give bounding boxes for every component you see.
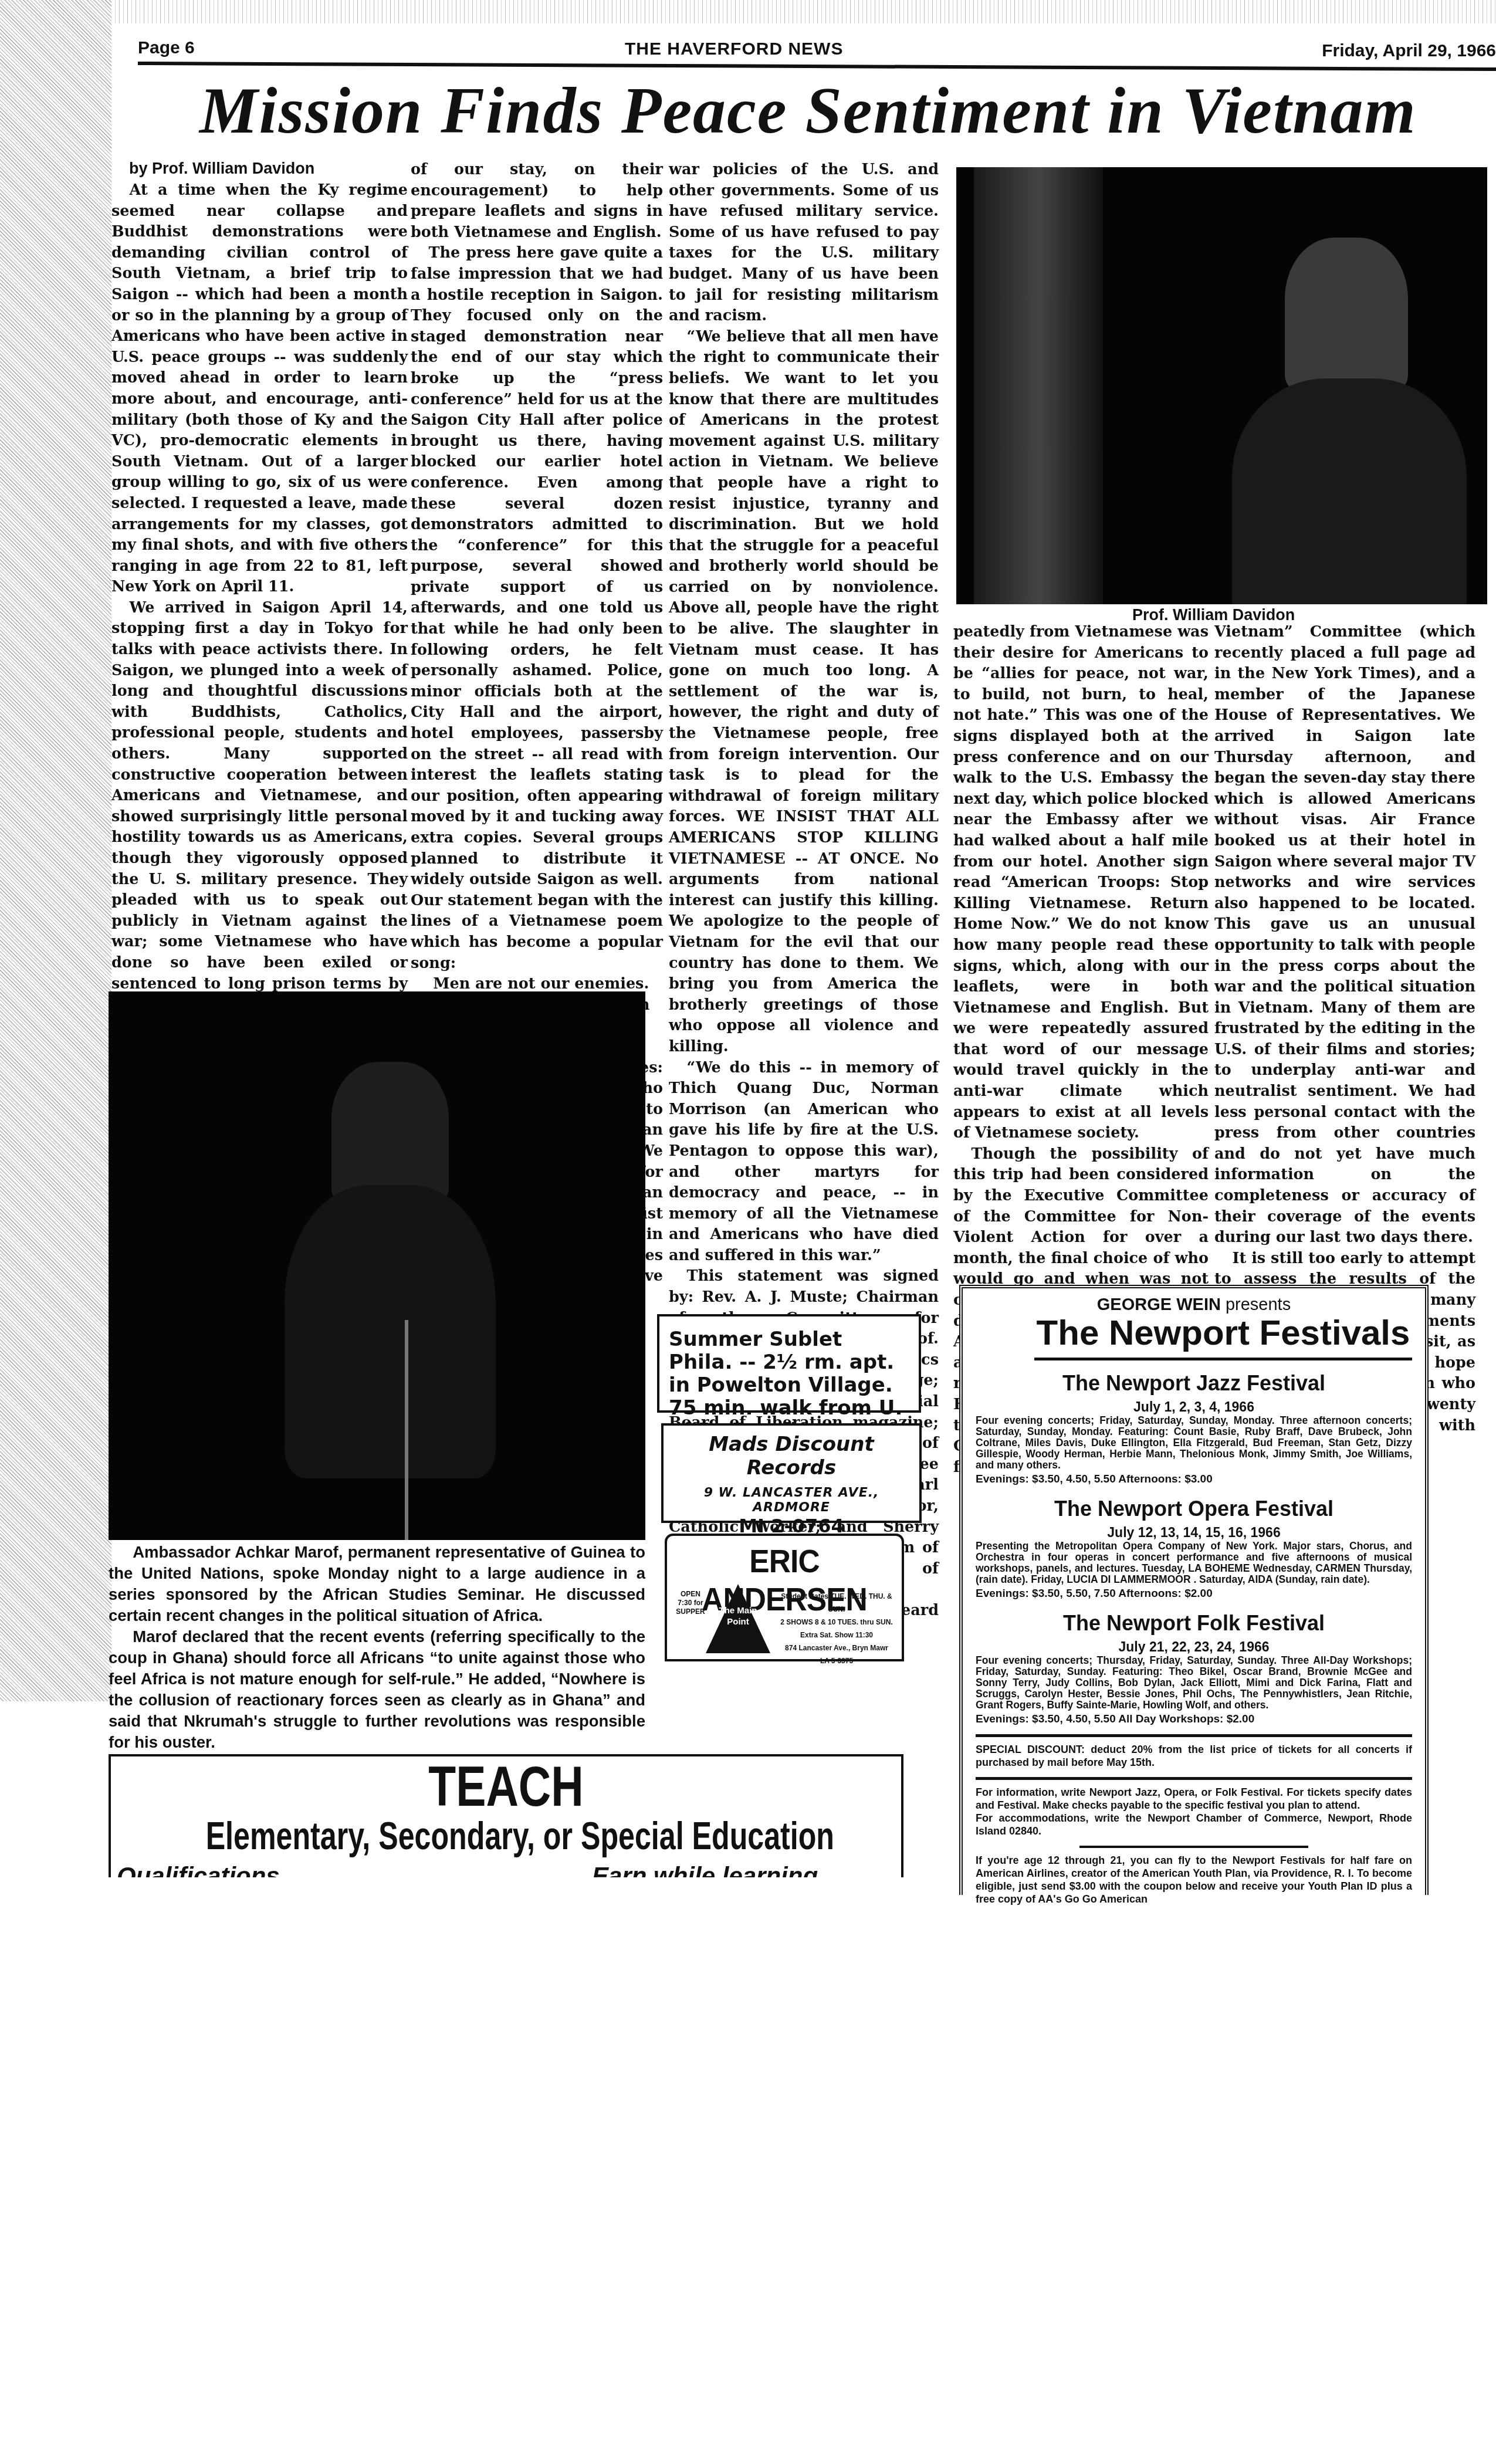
main-point-logo-text: The Main Point [716,1605,760,1627]
byline: by Prof. William Davidon [111,160,408,178]
ad-newport-title: The Newport Festivals [1034,1312,1412,1360]
ad-detail-line: LA 5-3375 [773,1654,901,1667]
article-headline: Mission Finds Peace Sentiment in Vietnam [199,73,1461,161]
ad-detail-line: Student Rates TUE. WED. THU. & SUN. [773,1590,901,1616]
ad-details: Student Rates TUE. WED. THU. & SUN. 2 SH… [773,1590,901,1667]
ad-teach: TEACH Elementary, Secondary, or Special … [109,1754,903,1877]
ad-teach-title: TEACH [190,1759,823,1815]
paragraph: At a time when the Ky regime seemed near… [111,180,408,598]
special-discount: SPECIAL DISCOUNT: deduct 20% from the li… [976,1743,1412,1769]
divider [1079,1846,1308,1848]
scan-noise-top [111,0,1496,23]
festival-prices: Evenings: $3.50, 5.50, 7.50 Afternoons: … [976,1588,1412,1600]
page-number: Page 6 [138,38,195,58]
divider [976,1734,1412,1737]
issue-date: Friday, April 29, 1966 [1322,41,1496,61]
festival-description: Four evening concerts; Friday, Saturday,… [976,1415,1412,1471]
paragraph: “We believe that all men have the right … [669,327,939,1058]
festival-description: Four evening concerts; Thursday, Friday,… [976,1655,1412,1711]
ambassador-photo [109,991,645,1540]
caption-paragraph: Marof declared that the recent events (r… [109,1626,645,1753]
article-column-1: by Prof. William Davidon At a time when … [111,160,408,1099]
paragraph: peatedly from Vietnamese was their desir… [953,622,1209,1144]
ad-address: 9 W. LANCASTER AVE., ARDMORE [664,1485,919,1515]
ad-newport-festivals: GEORGE WEIN presents The Newport Festiva… [959,1285,1429,1895]
ad-teach-subtitle: Elementary, Secondary, or Special Educat… [206,1815,807,1856]
festival-name: The Newport Opera Festival [976,1497,1412,1521]
festival-dates: July 12, 13, 14, 15, 16, 1966 [976,1525,1412,1541]
festival-prices: Evenings: $3.50, 4.50, 5.50 All Day Work… [976,1713,1412,1726]
ad-detail-line: 874 Lancaster Ave., Bryn Mawr [773,1641,901,1654]
ad-teach-cut-right: Earn while learning [592,1862,818,1877]
photo-microphone-stand [405,1320,408,1540]
paragraph: of our stay, on their encouragement) to … [411,160,663,243]
paragraph: Vietnam” Committee (which recently place… [1214,622,1475,1248]
ad-open-time: OPEN 7:30 for SUPPER [673,1590,708,1616]
photo-face [1285,238,1408,390]
ad-mads-discount-records: Mads Discount Records 9 W. LANCASTER AVE… [661,1423,922,1523]
masthead: Page 6 THE HAVERFORD NEWS Friday, April … [138,26,1496,62]
photo-figure-body [285,1185,496,1478]
caption-paragraph: Ambassador Achkar Marof, permanent repre… [109,1542,645,1626]
photo-body [1232,378,1467,604]
photo-figure-head [331,1062,449,1203]
paragraph: war policies of the U.S. and other gover… [669,160,939,327]
scan-noise-edge [0,0,111,1701]
ad-eric-andersen: ERIC ANDERSEN OPEN 7:30 for SUPPER The M… [665,1534,904,1661]
ad-summer-sublet: Summer Sublet Phila. -- 2½ rm. apt. in P… [657,1314,921,1413]
festival-description: Presenting the Metropolitan Opera Compan… [976,1541,1412,1585]
photo-background-wall [974,167,1103,604]
festival-dates: July 1, 2, 3, 4, 1966 [976,1399,1412,1415]
ad-detail-line: Extra Sat. Show 11:30 [773,1629,901,1641]
paragraph: The press here gave quite a false impres… [411,243,663,974]
ad-store-name: Mads Discount Records [664,1433,919,1480]
masthead-rule [138,62,1496,71]
festival-dates: July 21, 22, 23, 24, 1966 [976,1639,1412,1655]
festival-name: The Newport Folk Festival [976,1611,1412,1636]
presents-word: presents [1226,1295,1291,1314]
festival-prices: Evenings: $3.50, 4.50, 5.50 Afternoons: … [976,1473,1412,1486]
photo-caption: Ambassador Achkar Marof, permanent repre… [109,1542,645,1753]
festival-name: The Newport Jazz Festival [976,1371,1412,1396]
paragraph: “We do this -- in memory of Thich Quang … [669,1058,939,1267]
info-text: For information, write Newport Jazz, Ope… [976,1786,1412,1812]
presenter-name: GEORGE WEIN [1097,1295,1221,1314]
newspaper-name: THE HAVERFORD NEWS [625,39,843,59]
ad-teach-cut-left: Qualifications [117,1862,280,1877]
accommodations-text: For accommodations, write the Newport Ch… [976,1812,1412,1837]
youth-fare-text: If you're age 12 through 21, you can fly… [976,1854,1412,1905]
portrait-photo [956,167,1487,604]
ad-detail-line: 2 SHOWS 8 & 10 TUES. thru SUN. [773,1616,901,1629]
divider [976,1777,1412,1780]
